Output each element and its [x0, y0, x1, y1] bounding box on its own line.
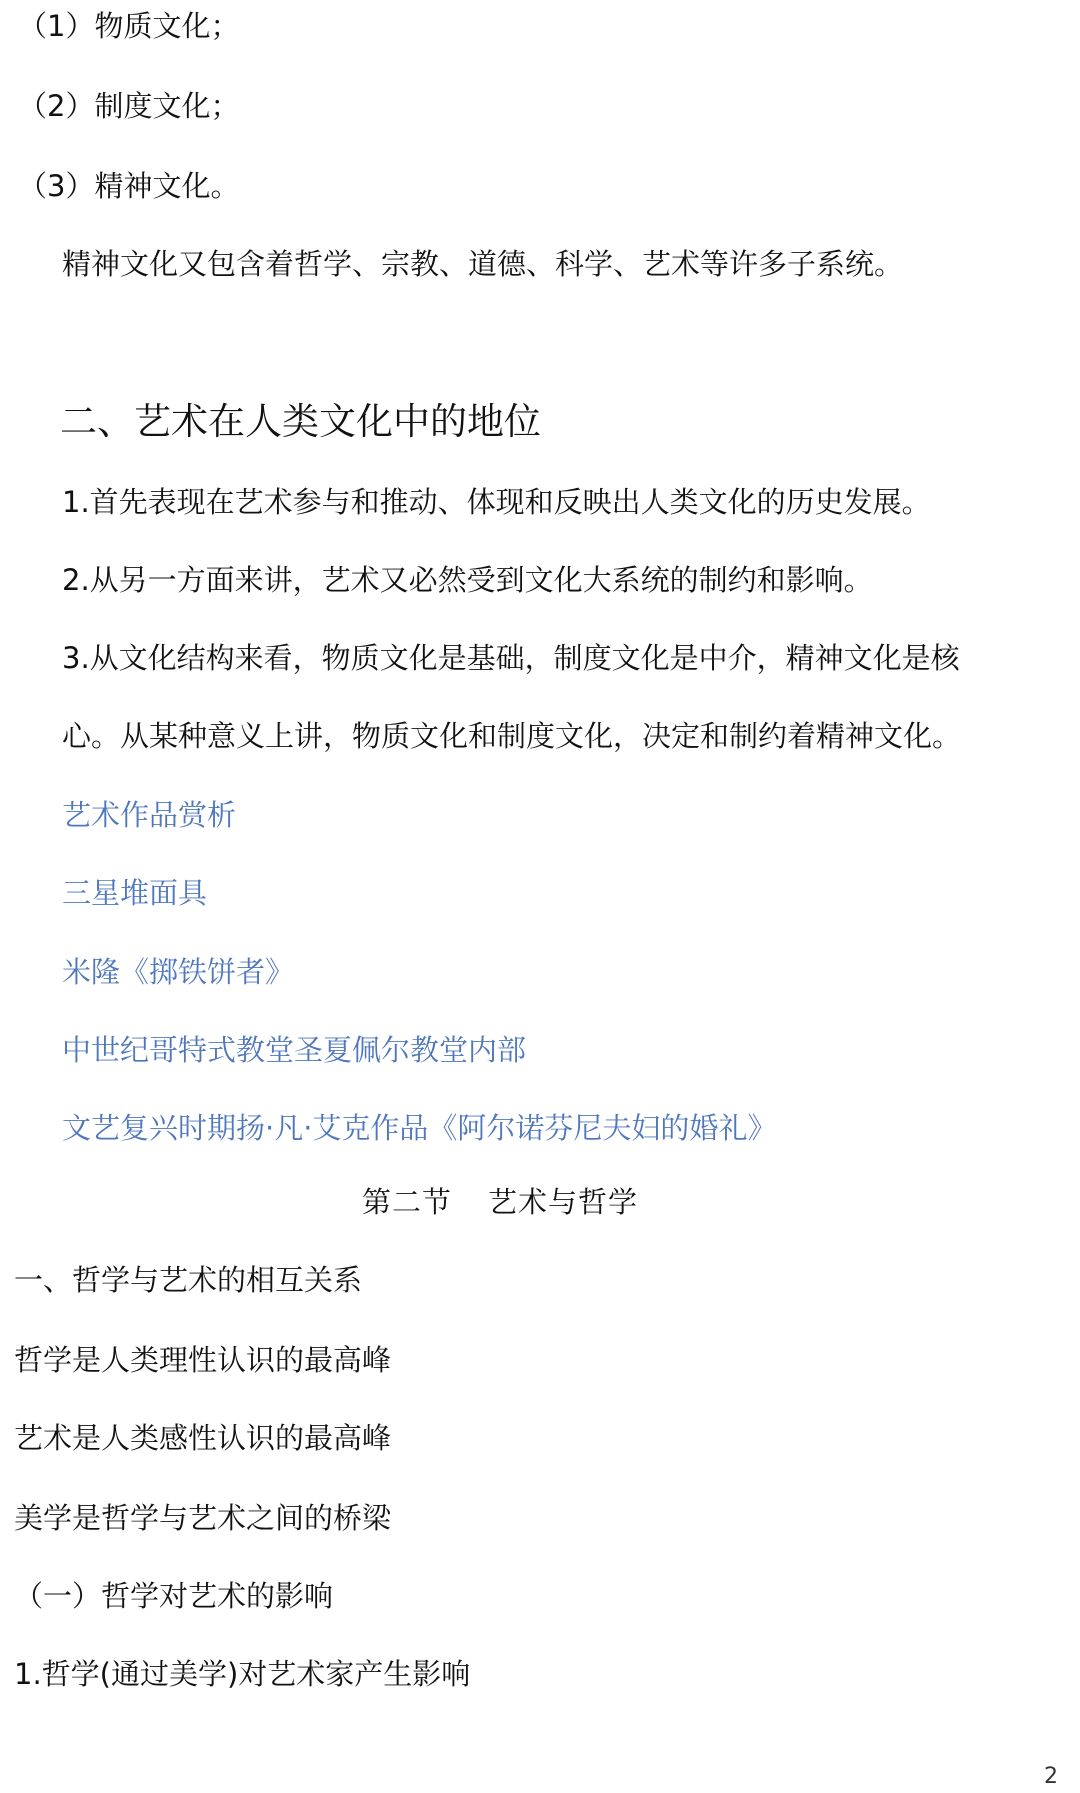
chapter-section-title: 第二节艺术与哲学 [0, 1182, 1000, 1222]
section-point-continuation: 心。从某种意义上讲，物质文化和制度文化，决定和制约着精神文化。 [62, 716, 961, 756]
relation-statement: 艺术是人类感性认识的最高峰 [14, 1418, 391, 1458]
influence-heading: （一）哲学对艺术的影响 [14, 1576, 333, 1616]
relation-statement: 美学是哲学与艺术之间的桥梁 [14, 1498, 391, 1538]
influence-point: 1.哲学(通过美学)对艺术家产生影响 [14, 1654, 470, 1694]
section-point: 2.从另一方面来讲，艺术又必然受到文化大系统的制约和影响。 [62, 560, 873, 600]
culture-type-item: （3）精神文化。 [18, 166, 239, 206]
section-point: 3.从文化结构来看，物质文化是基础，制度文化是中介，精神文化是核 [62, 638, 960, 678]
chapter-section-name: 艺术与哲学 [488, 1185, 638, 1219]
artwork-link-sainte-chapelle[interactable]: 中世纪哥特式教堂圣夏佩尔教堂内部 [62, 1030, 526, 1070]
chapter-section-number: 第二节 [362, 1185, 452, 1219]
artwork-link-appreciation[interactable]: 艺术作品赏析 [62, 795, 236, 835]
relation-heading: 一、哲学与艺术的相互关系 [14, 1260, 362, 1300]
relation-statement: 哲学是人类理性认识的最高峰 [14, 1340, 391, 1380]
spiritual-culture-note: 精神文化又包含着哲学、宗教、道德、科学、艺术等许多子系统。 [62, 244, 903, 284]
culture-type-item: （2）制度文化； [18, 86, 239, 126]
artwork-link-discobolus[interactable]: 米隆《掷铁饼者》 [62, 952, 294, 992]
artwork-link-sanxingdui-mask[interactable]: 三星堆面具 [62, 873, 207, 913]
section-point: 1.首先表现在艺术参与和推动、体现和反映出人类文化的历史发展。 [62, 482, 931, 522]
section-heading: 二、艺术在人类文化中的地位 [60, 398, 541, 446]
page-number: 2 [1044, 1763, 1058, 1791]
artwork-link-arnolfini-portrait[interactable]: 文艺复兴时期扬·凡·艾克作品《阿尔诺芬尼夫妇的婚礼》 [62, 1108, 776, 1148]
culture-type-item: （1）物质文化； [18, 6, 239, 46]
